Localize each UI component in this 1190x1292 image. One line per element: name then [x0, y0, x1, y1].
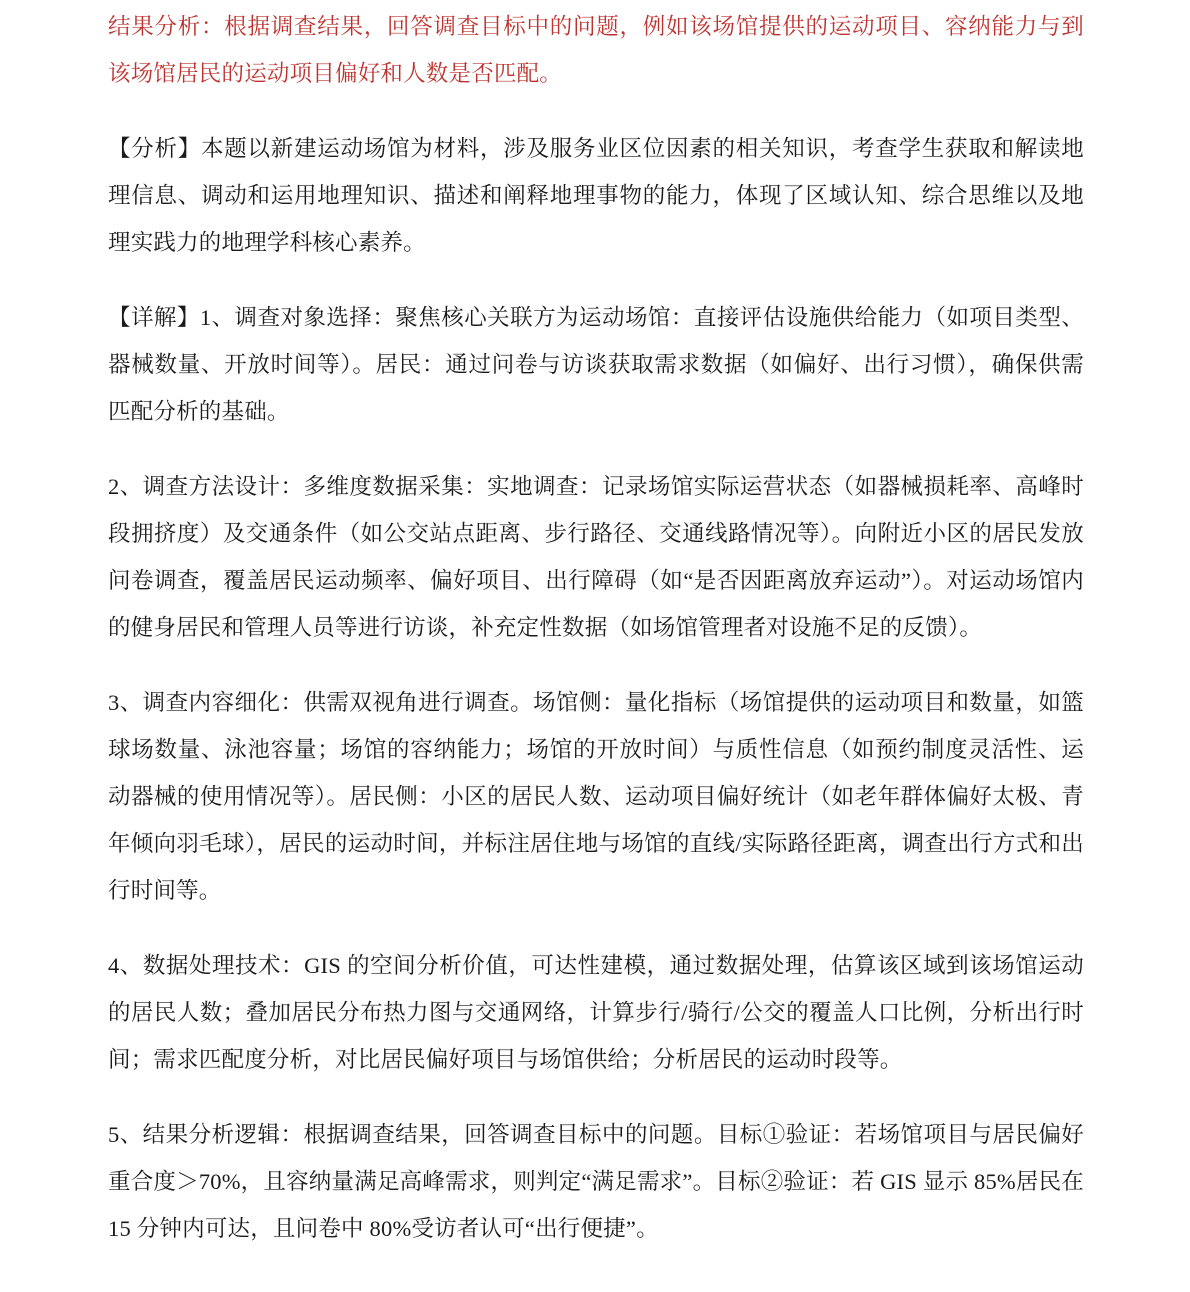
paragraph-detail-4: 4、数据处理技术：GIS 的空间分析价值，可达性建模，通过数据处理，估算该区域到…	[108, 942, 1084, 1083]
paragraph-detail-1: 【详解】1、调查对象选择：聚焦核心关联方为运动场馆：直接评估设施供给能力（如项目…	[108, 294, 1084, 435]
document-page: 结果分析：根据调查结果，回答调查目标中的问题，例如该场馆提供的运动项目、容纳能力…	[0, 0, 1190, 1292]
paragraph-detail-2: 2、调查方法设计：多维度数据采集：实地调查：记录场馆实际运营状态（如器械损耗率、…	[108, 463, 1084, 651]
paragraph-detail-5: 5、结果分析逻辑：根据调查结果，回答调查目标中的问题。目标①验证：若场馆项目与居…	[108, 1111, 1084, 1252]
paragraph-analysis: 【分析】本题以新建运动场馆为材料，涉及服务业区位因素的相关知识，考查学生获取和解…	[108, 125, 1084, 266]
paragraph-detail-3: 3、调查内容细化：供需双视角进行调查。场馆侧：量化指标（场馆提供的运动项目和数量…	[108, 679, 1084, 914]
paragraph-result-analysis: 结果分析：根据调查结果，回答调查目标中的问题，例如该场馆提供的运动项目、容纳能力…	[108, 3, 1084, 97]
